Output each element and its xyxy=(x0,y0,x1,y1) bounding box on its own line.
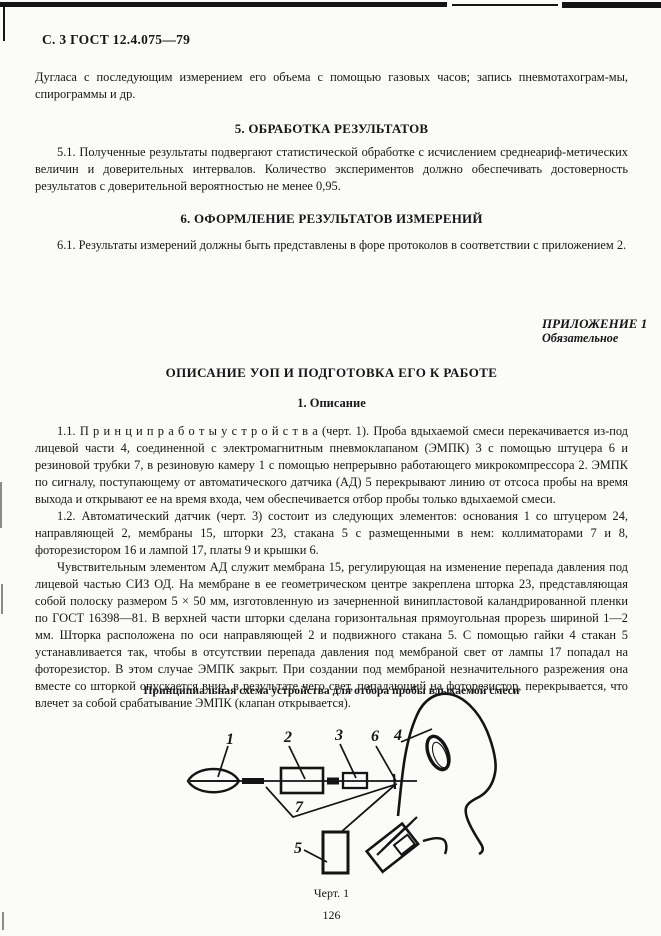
appendix-body: 1.1. П р и н ц и п р а б о т ы у с т р о… xyxy=(35,423,628,712)
intro-paragraph: Дугласа с последующим измерением его объ… xyxy=(35,69,628,103)
callout-7: 7 xyxy=(295,799,304,816)
scanned-document-page: С. 3 ГОСТ 12.4.075—79 Дугласа с последую… xyxy=(0,0,661,936)
figure-schematic: 1 2 3 6 4 7 5 xyxy=(170,690,500,890)
appendix-sublabel: Обязательное xyxy=(542,331,647,346)
callout-3: 3 xyxy=(334,727,343,744)
figure-label: Черт. 1 xyxy=(35,886,628,901)
scan-left-corner-line xyxy=(3,3,5,41)
callout-6: 6 xyxy=(371,728,379,745)
appendix-section-title: 1. Описание xyxy=(35,396,628,411)
page-number: 126 xyxy=(35,908,628,923)
sensor-connection-line xyxy=(340,784,396,833)
scan-top-bar-left xyxy=(0,2,447,7)
running-header: С. 3 ГОСТ 12.4.075—79 xyxy=(42,32,190,48)
callout-1: 1 xyxy=(226,731,234,748)
mask-chin-curve xyxy=(423,838,446,854)
mask-head-outline xyxy=(398,694,496,854)
appendix-label-block: ПРИЛОЖЕНИЕ 1 Обязательное xyxy=(542,316,647,346)
scan-left-edge-mark-2 xyxy=(1,584,3,614)
eyepiece-ellipse xyxy=(423,733,454,773)
scan-left-edge-mark-1 xyxy=(0,482,2,528)
scan-top-bar-middle xyxy=(452,4,558,6)
section5-heading: 5. ОБРАБОТКА РЕЗУЛЬТАТОВ xyxy=(35,121,628,137)
paragraph-1-2: 1.2. Автоматический датчик (черт. 3) сос… xyxy=(35,508,628,559)
callout-4: 4 xyxy=(393,727,402,744)
section6-heading: 6. ОФОРМЛЕНИЕ РЕЗУЛЬТАТОВ ИЗМЕРЕНИЙ xyxy=(35,211,628,227)
scan-left-edge-mark-3 xyxy=(2,912,4,930)
section5-paragraph: 5.1. Полученные результаты подвергают ст… xyxy=(35,144,628,195)
paragraph-1-1: 1.1. П р и н ц и п р а б о т ы у с т р о… xyxy=(35,423,628,508)
scan-top-bar-right xyxy=(562,2,661,8)
appendix-title: ОПИСАНИЕ УОП И ПОДГОТОВКА ЕГО К РАБОТЕ xyxy=(35,365,628,381)
appendix-label: ПРИЛОЖЕНИЕ 1 xyxy=(542,316,647,331)
sensor-box xyxy=(323,832,348,873)
callout-5: 5 xyxy=(294,840,302,857)
callout-2: 2 xyxy=(283,729,292,746)
section6-paragraph: 6.1. Результаты измерений должны быть пр… xyxy=(35,237,628,254)
